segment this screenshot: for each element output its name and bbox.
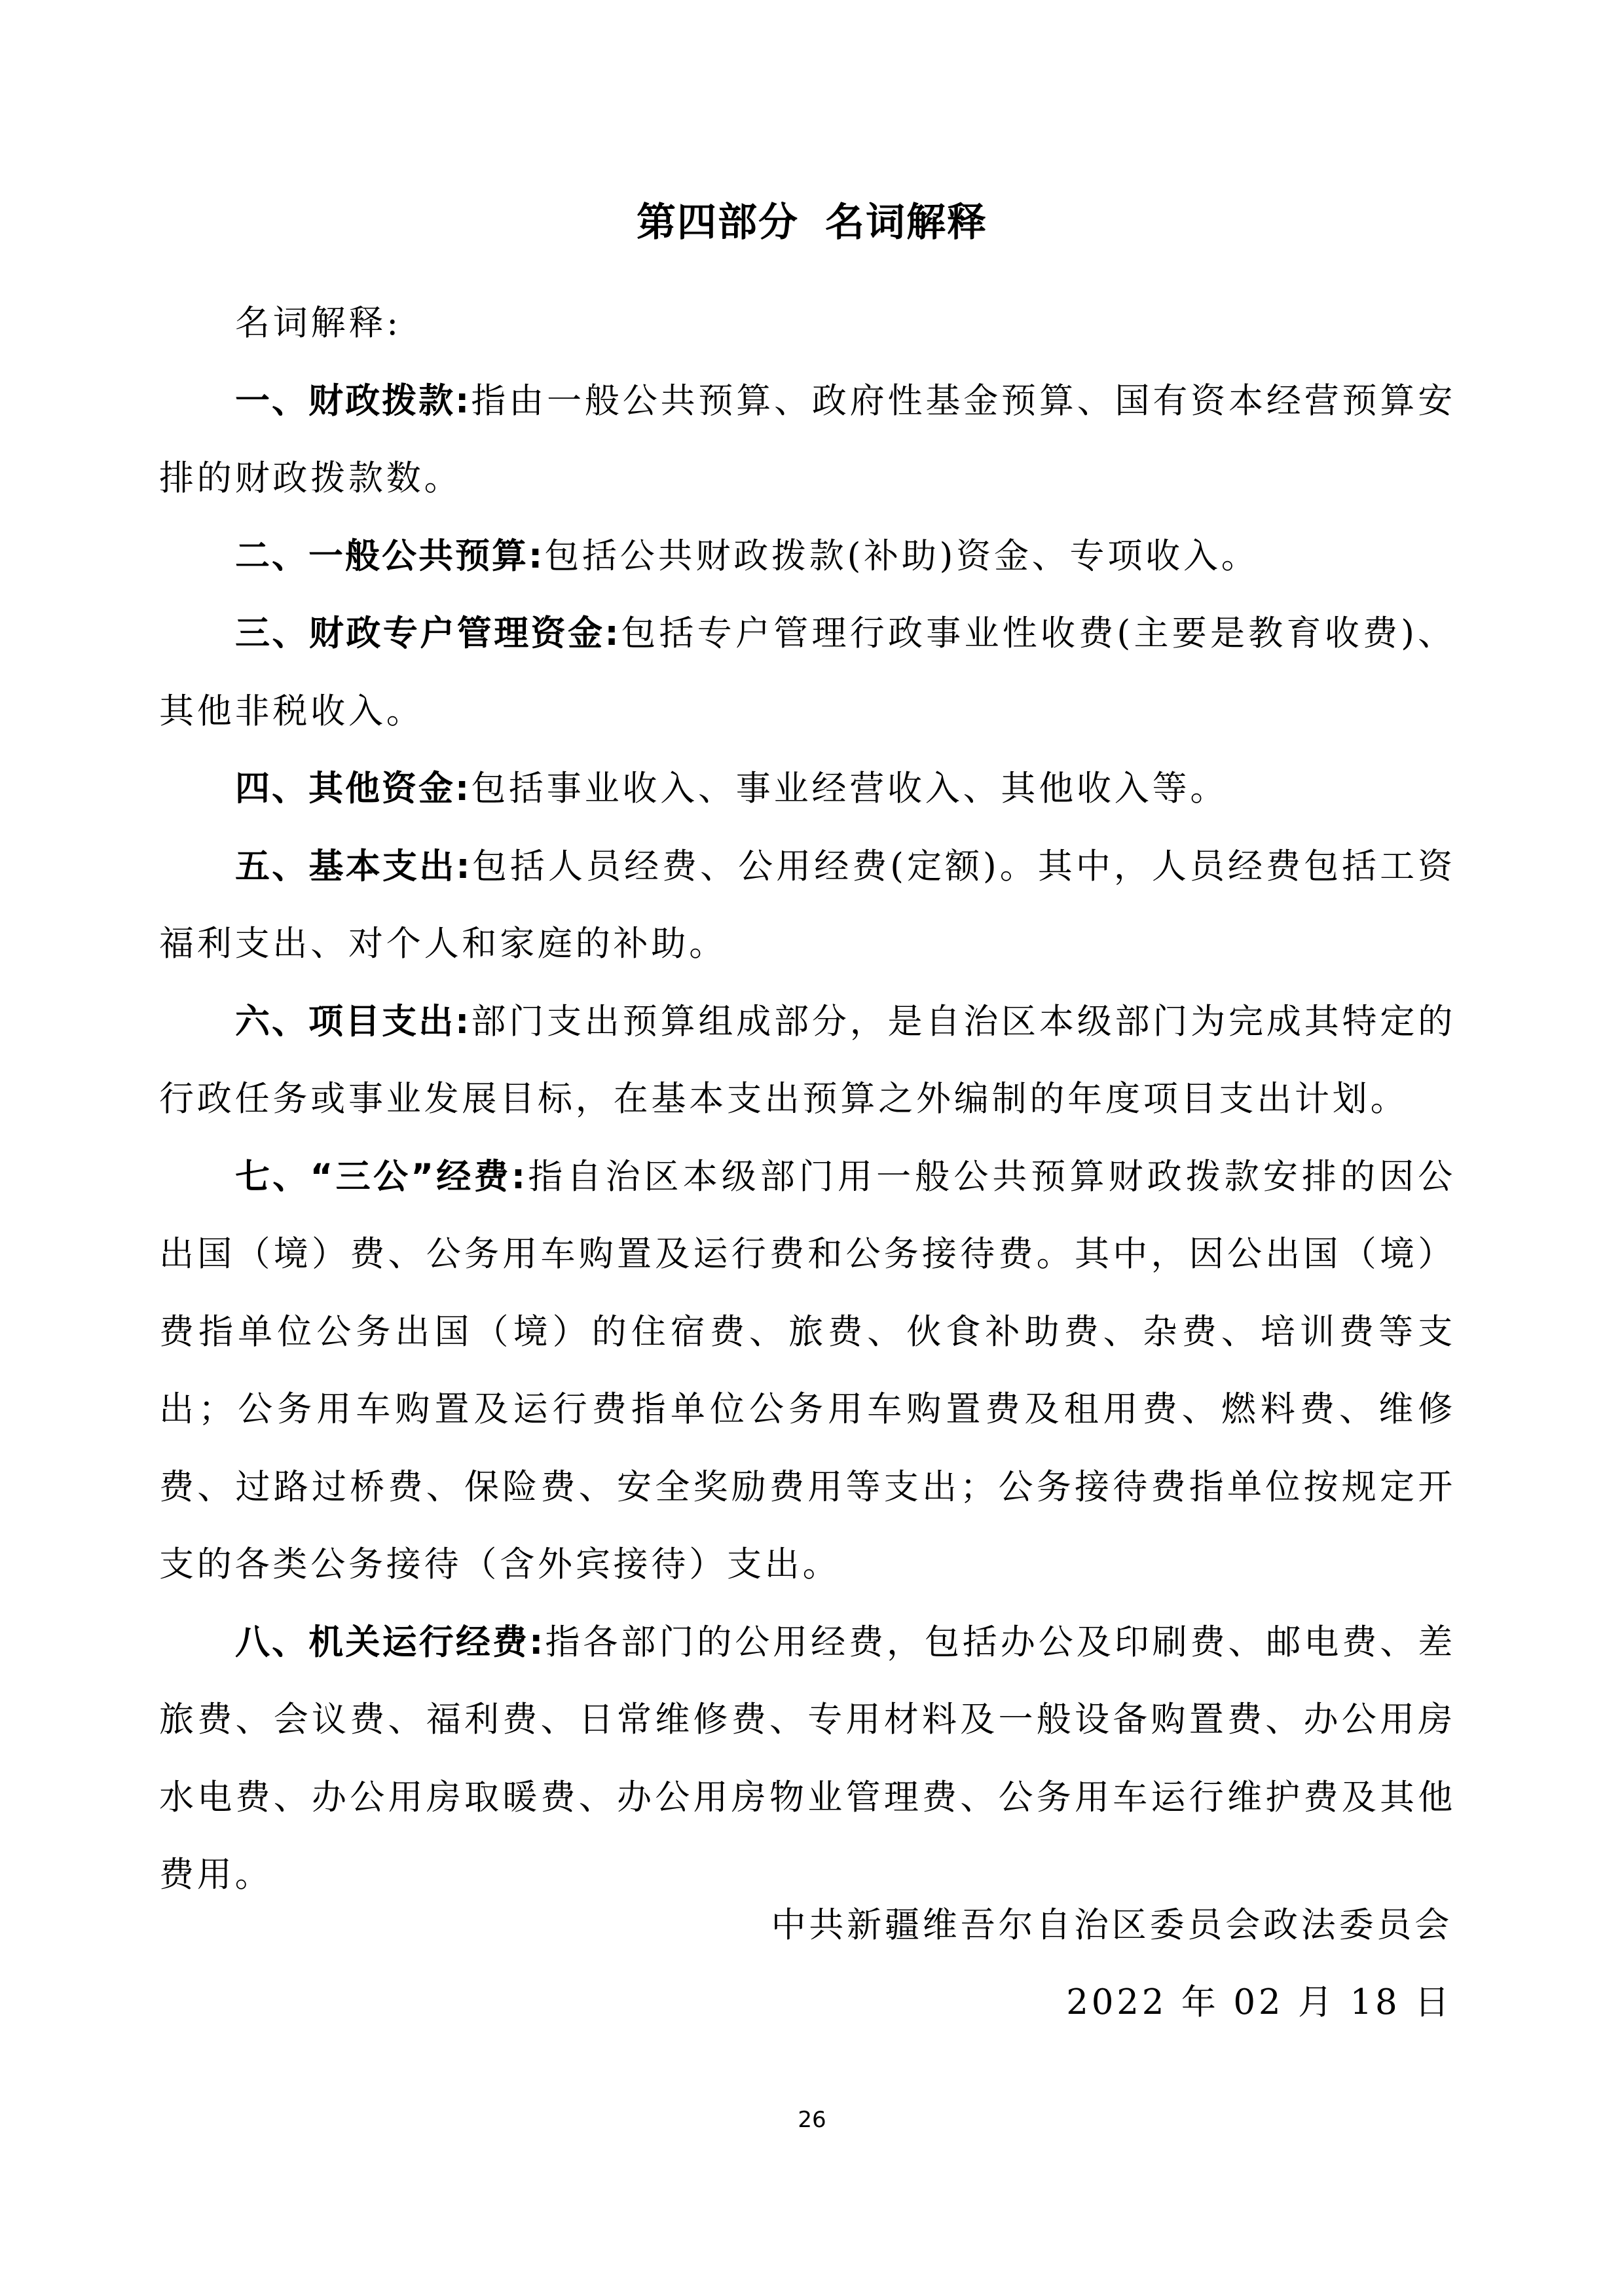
definition-text: 指各部门的公用经费，包括办公及印刷费、邮电费、差旅费、会议费、福利费、日常维修费… [159,1622,1456,1895]
definition-text: 包括公共财政拨款(补助)资金、专项收入。 [544,536,1259,576]
title-part: 第四部分 [637,200,799,246]
title-name: 名词解释 [825,200,987,246]
definition-agency-operating-expenses: 八、机关运行经费:指各部门的公用经费，包括办公及印刷费、邮电费、差旅费、会议费、… [159,1604,1456,1914]
definition-basic-expenditure: 五、基本支出:包括人员经费、公用经费(定额)。其中，人员经费包括工资福利支出、对… [159,828,1456,983]
definition-special-account-funds: 三、财政专户管理资金:包括专户管理行政事业性收费(主要是教育收费)、其他非税收入… [159,595,1456,750]
definition-text: 包括事业收入、事业经营收入、其他收入等。 [471,769,1228,809]
definition-three-public-expenses: 七、“三公”经费:指自治区本级部门用一般公共预算财政拨款安排的因公出国（境）费、… [159,1139,1456,1604]
definition-term: 六、项目支出: [235,1002,471,1042]
definition-term: 五、基本支出: [235,847,472,886]
definition-term: 四、其他资金: [235,769,471,809]
intro-paragraph: 名词解释: [159,285,1456,363]
definition-project-expenditure: 六、项目支出:部门支出预算组成部分，是自治区本级部门为完成其特定的行政任务或事业… [159,983,1456,1139]
document-body: 名词解释: 一、财政拨款:指由一般公共预算、政府性基金预算、国有资本经营预算安排… [159,285,1456,1914]
definition-term: 二、一般公共预算: [235,536,544,576]
document-page: 第四部分名词解释 名词解释: 一、财政拨款:指由一般公共预算、政府性基金预算、国… [0,0,1624,2296]
signature-block: 中共新疆维吾尔自治区委员会政法委员会 2022 年 02 月 18 日 [771,1887,1452,2041]
definition-fiscal-appropriation: 一、财政拨款:指由一般公共预算、政府性基金预算、国有资本经营预算安排的财政拨款数… [159,363,1456,518]
page-number: 26 [0,2107,1624,2133]
definition-term: 八、机关运行经费: [235,1622,545,1662]
signature-organization: 中共新疆维吾尔自治区委员会政法委员会 [771,1887,1452,1964]
definition-term: 一、财政拨款: [235,381,471,421]
definition-general-public-budget: 二、一般公共预算:包括公共财政拨款(补助)资金、专项收入。 [159,518,1456,596]
page-title: 第四部分名词解释 [0,196,1624,249]
definition-other-funds: 四、其他资金:包括事业收入、事业经营收入、其他收入等。 [159,750,1456,828]
definition-term: 七、“三公”经费: [235,1157,527,1197]
definition-term: 三、财政专户管理资金: [235,613,621,653]
signature-date: 2022 年 02 月 18 日 [771,1964,1452,2041]
definition-text: 指自治区本级部门用一般公共预算财政拨款安排的因公出国（境）费、公务用车购置及运行… [159,1157,1456,1585]
